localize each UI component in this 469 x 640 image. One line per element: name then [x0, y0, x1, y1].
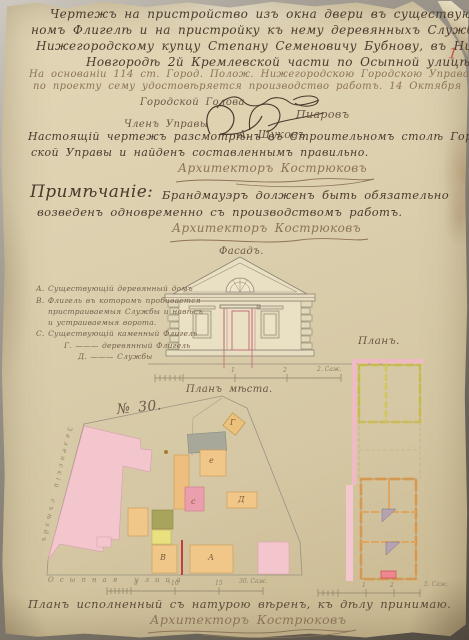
red-page-mark: 1	[447, 44, 458, 63]
stove	[381, 571, 396, 578]
building-label-d: Д	[238, 495, 245, 504]
floor-plan-label: Планъ.	[358, 335, 400, 347]
building-label-g: Г	[230, 418, 236, 427]
architect-flourish	[176, 176, 376, 186]
header-line-2: номъ Флигелѣ и на пристройку къ нему дер…	[31, 23, 469, 37]
building-label-b: В	[160, 553, 166, 562]
connector-structure	[359, 422, 420, 479]
pink-outbuilding-right	[258, 542, 289, 574]
header-line-4: Новгородѣ 2й Кремлевской части по Осыпно…	[86, 55, 469, 69]
scale-tick-label: 15	[215, 580, 223, 587]
building-label-a: А	[208, 553, 214, 562]
legend-item: А. Существующій деревянный домъ	[36, 284, 193, 293]
scale-tick-label: 5	[134, 580, 138, 587]
architect-flourish	[170, 236, 370, 246]
legend-item: Д. ——— Службы	[78, 352, 152, 361]
site-scale-bar: 5 10 15 30. Саж.	[107, 584, 277, 598]
footer-attestation: Планъ исполненный съ натурою вѣренъ, къ …	[28, 597, 451, 611]
note-line-2: возведенъ одновременно съ производствомъ…	[37, 205, 402, 219]
outbuilding	[128, 508, 148, 536]
legend-item: С. Существующій каменный Флигель	[36, 329, 197, 338]
scale-tick-label: 2	[390, 582, 394, 589]
staircase	[382, 509, 396, 522]
note-title: Примѣчаніе:	[30, 182, 153, 202]
certification-line-2: по проекту сему удостовѣряется производс…	[33, 81, 469, 92]
scale-tick-label: 2	[283, 367, 287, 374]
wooden-wing-rooms	[361, 479, 416, 579]
scale-tick-label: 10	[171, 580, 179, 587]
legend-item: пристраиваемыя Службы и навѣсъ	[48, 307, 203, 316]
footer-architect-signature: Архитекторъ Кострюковъ	[150, 612, 346, 627]
header-line-3: Нижегородскому купцу Степану Семеновичу …	[36, 39, 469, 53]
review-line-2: ской Управы и найденъ составленнымъ прав…	[31, 146, 369, 159]
scale-unit-label: 5. Саж.	[424, 581, 449, 588]
legend-item: В. Флигель въ которомъ пробивается	[36, 296, 201, 305]
olive-outbuilding	[152, 510, 173, 529]
facade-scale-bar: 1 2 2. Саж.	[155, 371, 355, 385]
secretary-name: Пиаровъ	[296, 108, 349, 121]
header-line-1: Чертежъ на пристройство изъ окна двери в…	[50, 7, 469, 21]
building-label-e: е	[209, 456, 214, 465]
note-architect-signature: Архитекторъ Кострюковъ	[172, 221, 361, 235]
yellow-outbuilding	[152, 530, 171, 544]
legend-item: Г. ——— деревянный Флигель	[64, 341, 191, 350]
member-title: Членъ Управы	[124, 119, 208, 130]
floor-plan-drawing	[336, 352, 462, 592]
scale-tick-label: 1	[231, 367, 235, 374]
scale-tick-label: 1	[362, 582, 366, 589]
photograph-backdrop: Чертежъ на пристройство изъ окна двери в…	[0, 0, 469, 640]
scale-unit-label: 30. Саж.	[239, 578, 267, 585]
certification-line-1: На основаніи 114 ст. Город. Полож. Нижег…	[29, 69, 469, 80]
note-line-1: Брандмауэръ долженъ быть обязательно	[162, 188, 449, 202]
architect-flourish	[148, 627, 358, 637]
site-plan-drawing	[40, 392, 310, 587]
street-name-bottom: Осыпная улица	[48, 576, 187, 584]
building-label-c: с	[191, 497, 196, 506]
review-architect-signature: Архитекторъ Кострюковъ	[178, 161, 367, 175]
stone-wing-rooms	[359, 365, 420, 422]
legend-item: и устраиваемыя ворота.	[48, 318, 157, 327]
review-line-1: Настоящій чертежъ разсмотрѣнъ въ Строите…	[28, 130, 469, 143]
staircase	[386, 542, 400, 555]
